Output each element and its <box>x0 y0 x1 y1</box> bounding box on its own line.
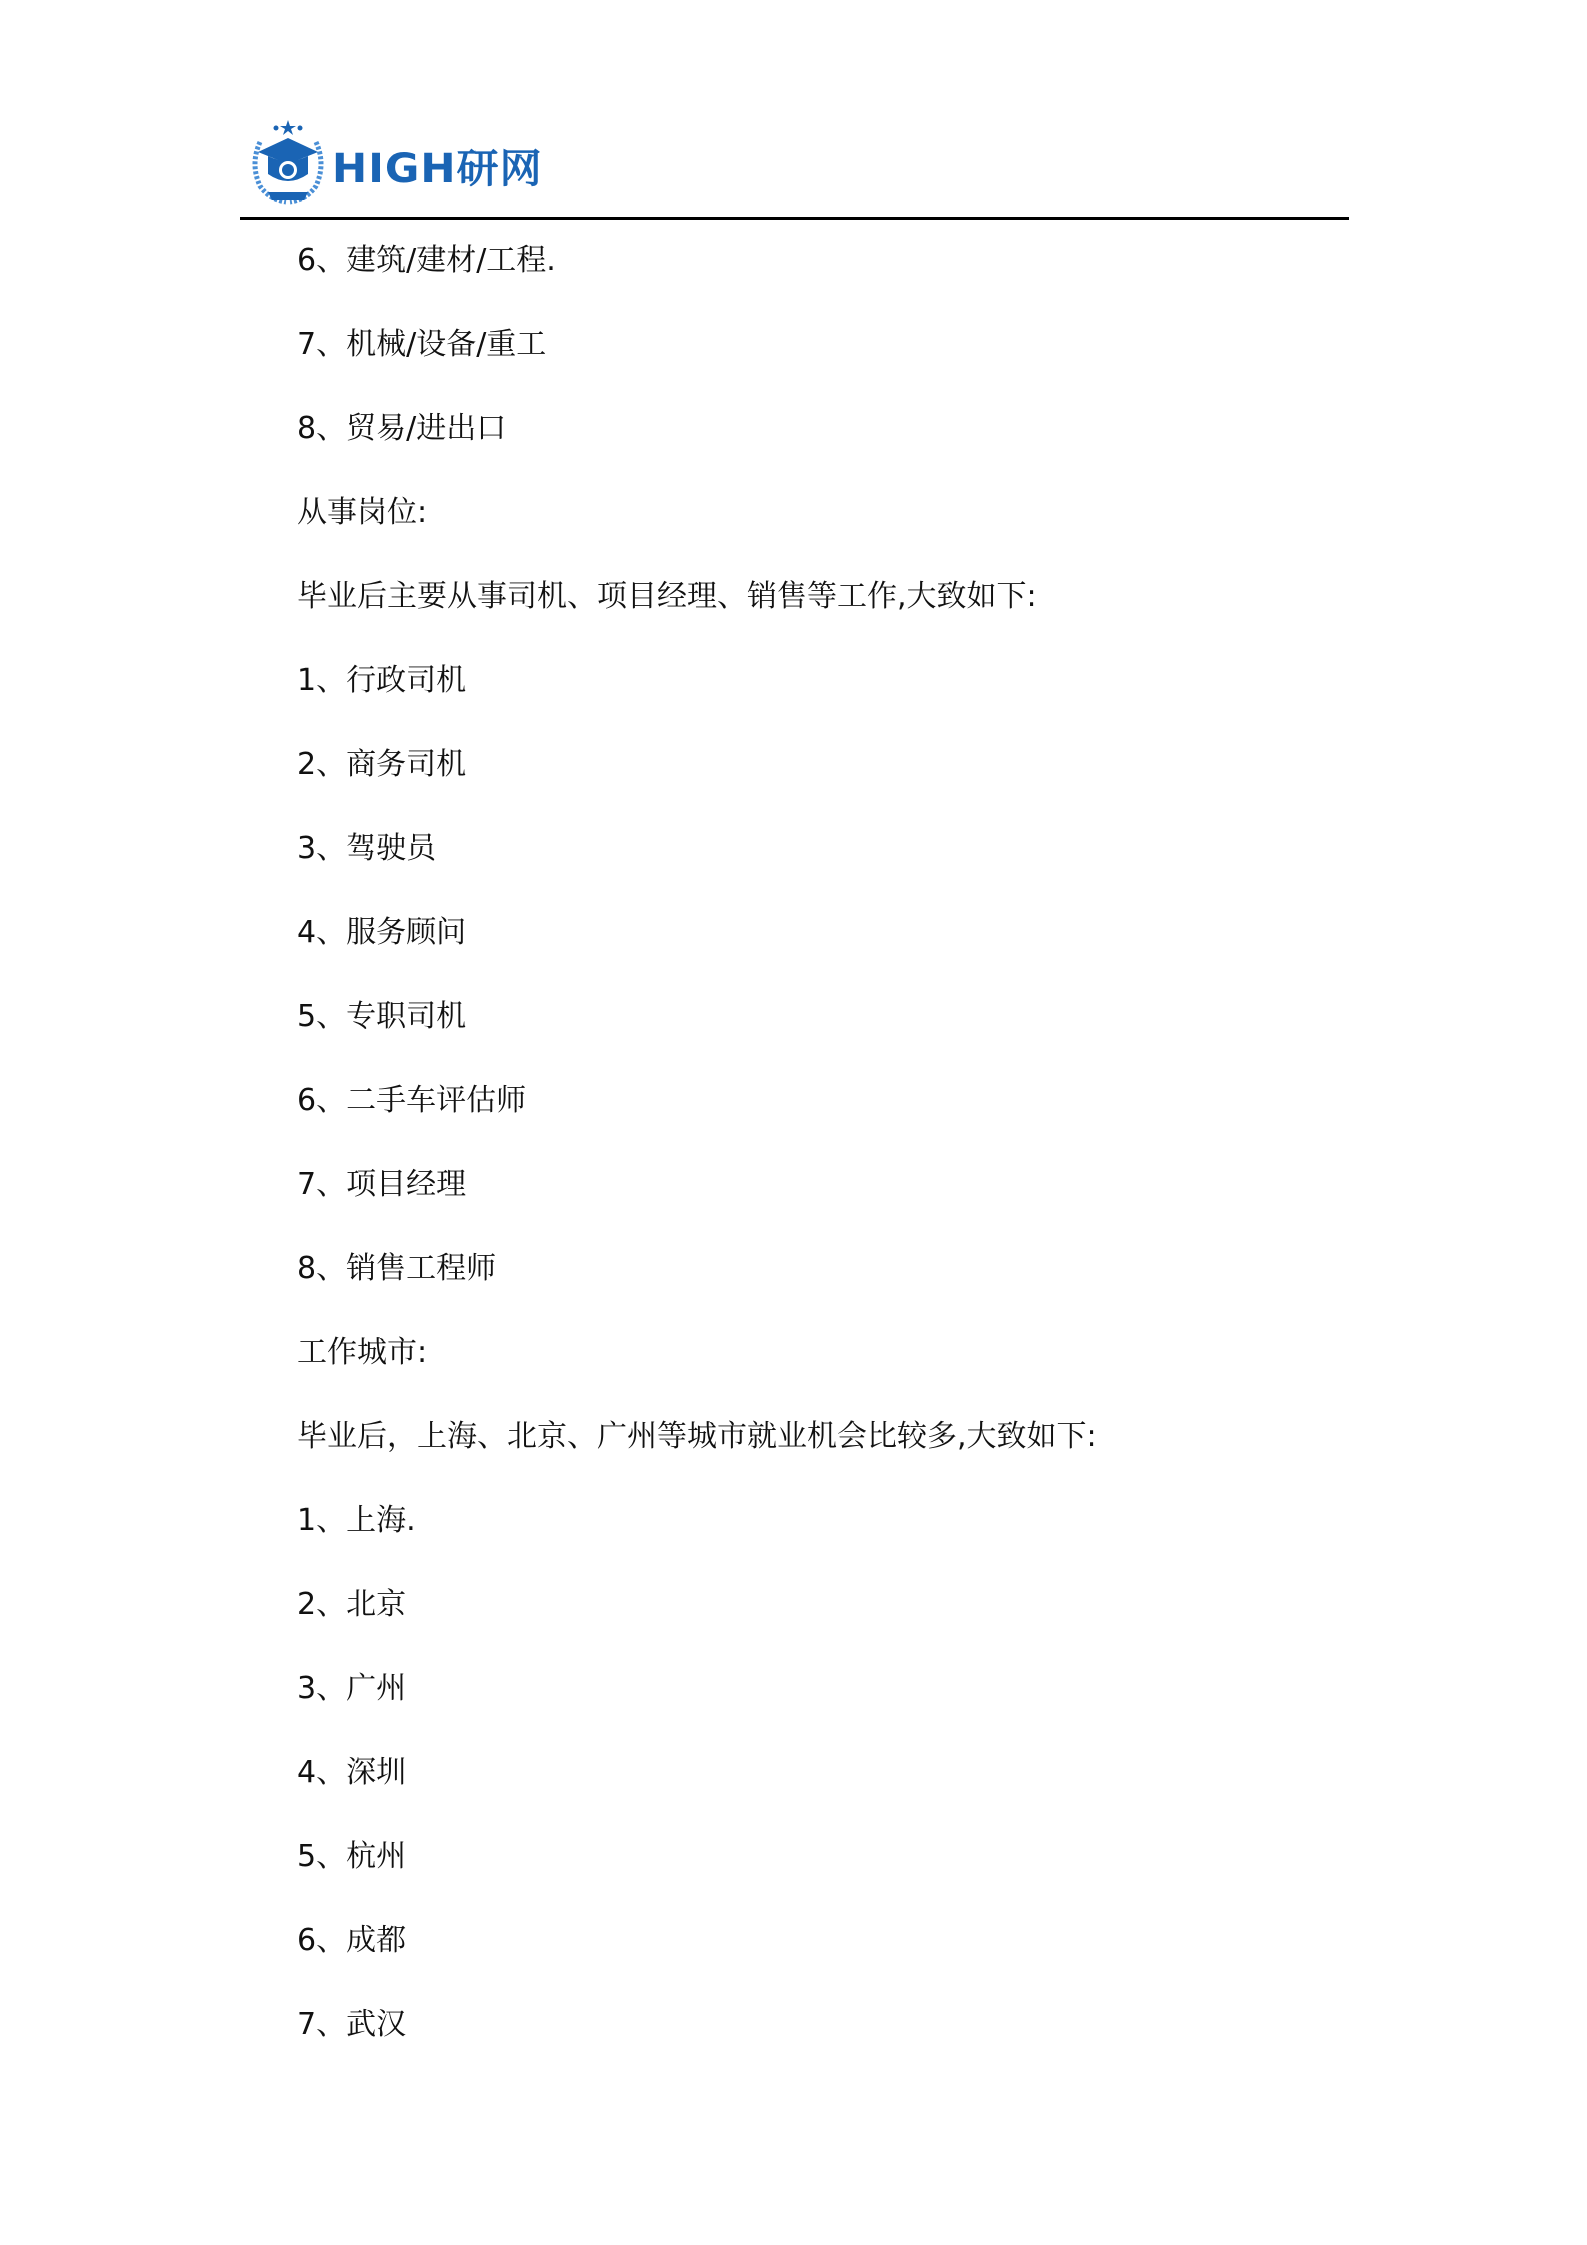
header-divider <box>240 217 1349 220</box>
industry-item: 6、建筑/建材/工程. <box>297 241 556 281</box>
cities-intro: 毕业后，上海、北京、广州等城市就业机会比较多,大致如下: <box>297 1417 1097 1457</box>
graduation-cap-emblem-icon <box>246 114 330 210</box>
position-item: 2、商务司机 <box>297 745 466 785</box>
industry-item: 8、贸易/进出口 <box>297 409 506 449</box>
positions-heading: 从事岗位: <box>297 493 427 533</box>
position-item: 6、二手车评估师 <box>297 1081 526 1121</box>
city-item: 6、成都 <box>297 1921 406 1961</box>
city-item: 5、杭州 <box>297 1837 406 1877</box>
site-logo: HIGH研网 <box>246 112 533 212</box>
logo-text: HIGH研网 <box>332 137 543 194</box>
industry-item: 7、机械/设备/重工 <box>297 325 546 365</box>
city-item: 2、北京 <box>297 1585 406 1625</box>
city-item: 1、上海. <box>297 1501 416 1541</box>
positions-intro: 毕业后主要从事司机、项目经理、销售等工作,大致如下: <box>297 577 1037 617</box>
position-item: 4、服务顾问 <box>297 913 466 953</box>
cities-heading: 工作城市: <box>297 1333 427 1373</box>
position-item: 7、项目经理 <box>297 1165 466 1205</box>
position-item: 3、驾驶员 <box>297 829 436 869</box>
position-item: 5、专职司机 <box>297 997 466 1037</box>
city-item: 4、深圳 <box>297 1753 406 1793</box>
city-item: 3、广州 <box>297 1669 406 1709</box>
city-item: 7、武汉 <box>297 2005 406 2045</box>
position-item: 1、行政司机 <box>297 661 466 701</box>
position-item: 8、销售工程师 <box>297 1249 496 1289</box>
